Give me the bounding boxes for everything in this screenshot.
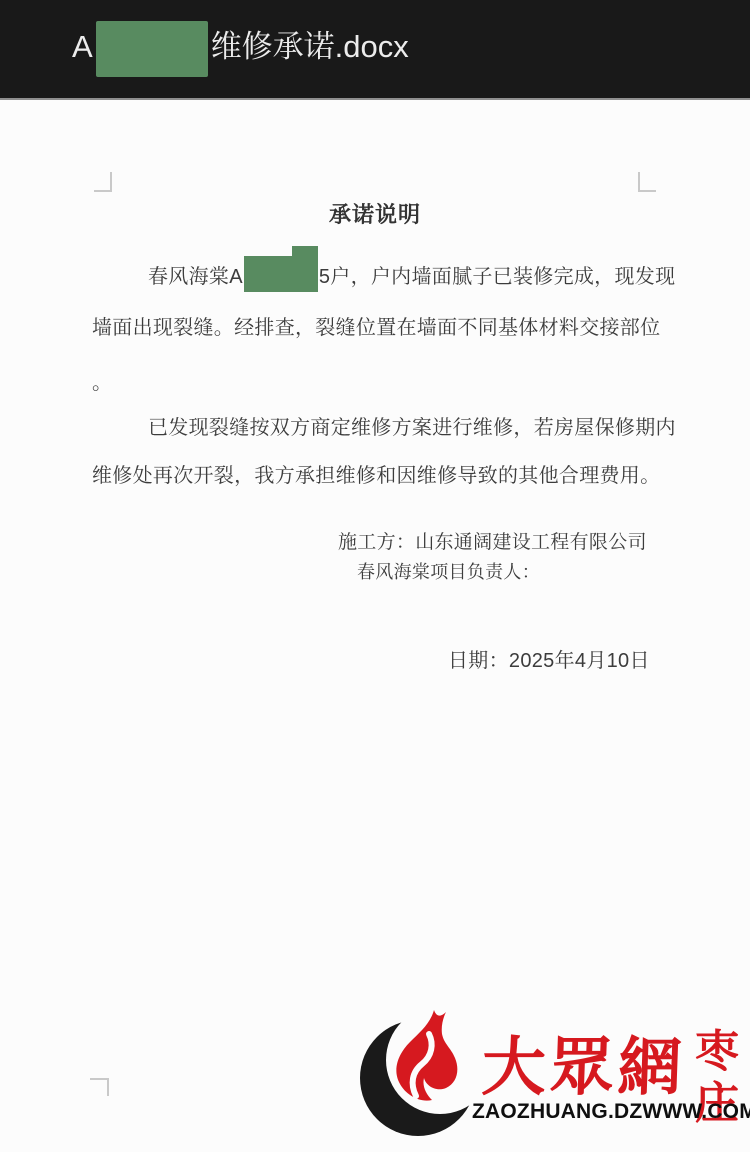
redaction-bump [292,246,318,258]
paragraph1-line3: 。 [92,366,112,395]
page-margin-mark-top-left [94,172,112,192]
date-line: 日期：2025年4月10日 [448,644,650,673]
document-title: 承诺说明 [0,198,750,229]
page-margin-mark-top-right [638,172,656,192]
paragraph1-line2: 墙面出现裂缝。经排查，裂缝位置在墙面不同基体材料交接部位 [92,311,660,340]
unit-number-redaction-box [244,256,318,292]
paragraph1-line1-prefix: 春风海棠A [148,266,243,288]
watermark-url: ZAOZHUANG.DZWWW.COM [472,1100,750,1124]
paragraph2-line2: 维修处再次开裂，我方承担维修和因维修导致的其他合理费用。 [92,459,660,488]
filename-prefix: A [72,29,93,64]
paragraph1-line1-suffix: 5户，户内墙面腻子已装修完成，现发现 [319,266,676,288]
filename-label: A维修承诺.docx [72,21,409,77]
watermark-brand-name: 大眾網 [480,1016,687,1108]
filename-suffix: 维修承诺.docx [211,29,409,64]
page-margin-mark-bottom-left [90,1078,109,1096]
filename-redaction-box [96,21,208,77]
paragraph2-line1: 已发现裂缝按双方商定维修方案进行维修，若房屋保修期内 [92,411,676,440]
paragraph1-line1: 春风海棠A5户，户内墙面腻子已装修完成，现发现 [92,256,675,292]
document-viewer: A维修承诺.docx 承诺说明 春风海棠A5户，户内墙面腻子已装修完成，现发现 … [0,0,750,1152]
dazhong-watermark: 大眾網 枣庄 ZAOZHUANG.DZWWW.COM [356,1000,750,1152]
viewer-header: A维修承诺.docx [0,0,750,100]
signature-constructor-line: 施工方：山东通阔建设工程有限公司 [338,527,647,554]
signature-manager-line: 春风海棠项目负责人： [357,558,540,584]
